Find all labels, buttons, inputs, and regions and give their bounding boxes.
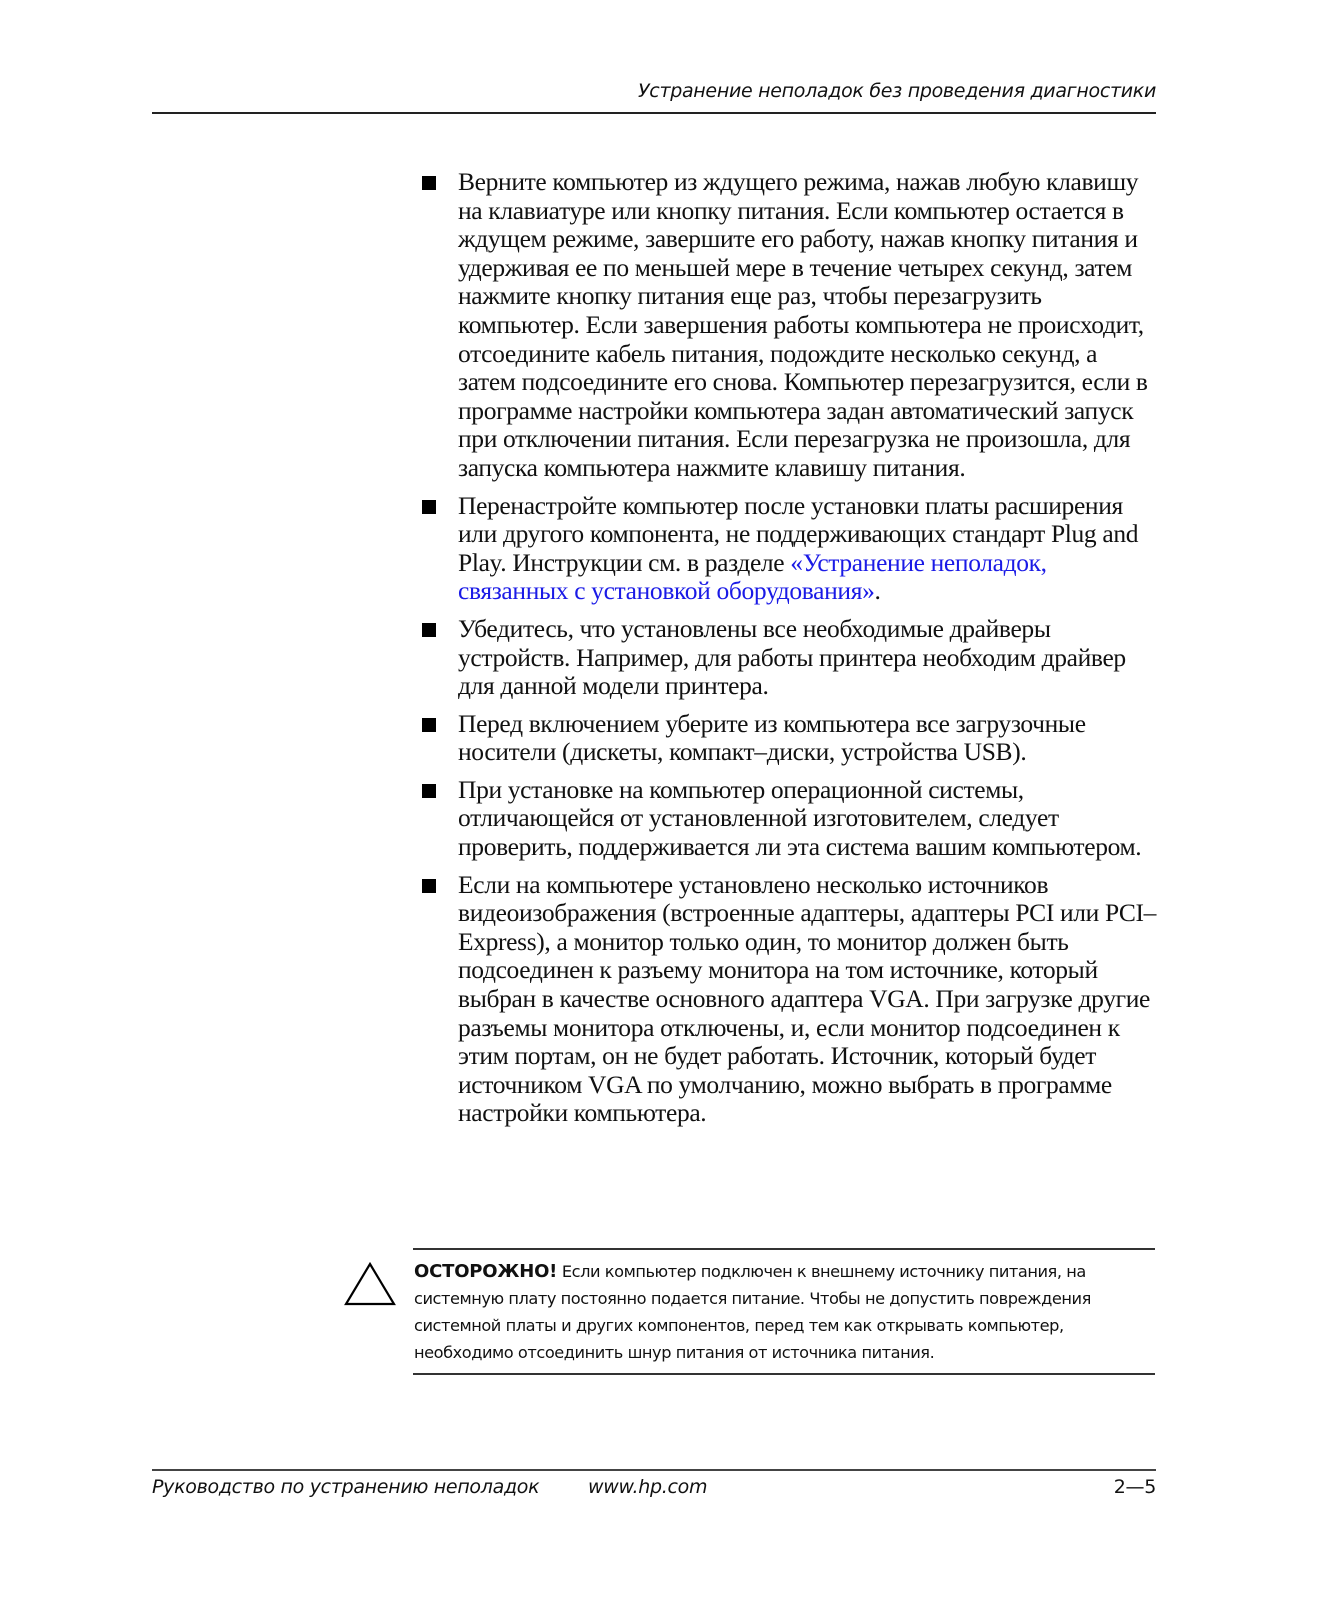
footer-rule	[152, 1469, 1156, 1471]
square-bullet-icon	[422, 176, 436, 190]
running-header: Устранение неполадок без проведения диаг…	[152, 80, 1156, 102]
list-item: При установке на компьютер операционной …	[408, 776, 1168, 862]
footer-document-title: Руководство по устранению неполадок	[152, 1476, 539, 1498]
square-bullet-icon	[422, 784, 436, 798]
list-item-text: При установке на компьютер операционной …	[458, 776, 1158, 862]
list-item: Убедитесь, что установлены все необходим…	[408, 615, 1168, 701]
square-bullet-icon	[422, 500, 436, 514]
caution-bottom-rule	[413, 1373, 1155, 1375]
list-item-text: Верните компьютер из ждущего режима, наж…	[458, 168, 1158, 483]
square-bullet-icon	[422, 623, 436, 637]
caution-note: ОСТОРОЖНО! Если компьютер подключен к вн…	[414, 1258, 1158, 1366]
troubleshooting-list: Верните компьютер из ждущего режима, наж…	[408, 168, 1168, 1137]
list-item-text: Если на компьютере установлено несколько…	[458, 871, 1158, 1128]
caution-top-rule	[413, 1248, 1155, 1250]
list-item-text: Перенастройте компьютер после установки …	[458, 492, 1158, 606]
square-bullet-icon	[422, 879, 436, 893]
warning-triangle-icon	[344, 1262, 396, 1306]
square-bullet-icon	[422, 718, 436, 732]
list-item-text: Перед включением уберите из компьютера в…	[458, 710, 1158, 767]
header-rule	[152, 112, 1156, 114]
list-item: Верните компьютер из ждущего режима, наж…	[408, 168, 1168, 483]
list-item: Перед включением уберите из компьютера в…	[408, 710, 1168, 767]
page-number: 2—5	[1114, 1476, 1156, 1498]
list-item: Если на компьютере установлено несколько…	[408, 871, 1168, 1128]
footer-url: www.hp.com	[588, 1476, 707, 1498]
list-item: Перенастройте компьютер после установки …	[408, 492, 1168, 606]
list-item-text: Убедитесь, что установлены все необходим…	[458, 615, 1158, 701]
caution-label: ОСТОРОЖНО!	[414, 1261, 557, 1282]
list-item-text-after-link: .	[874, 576, 880, 605]
